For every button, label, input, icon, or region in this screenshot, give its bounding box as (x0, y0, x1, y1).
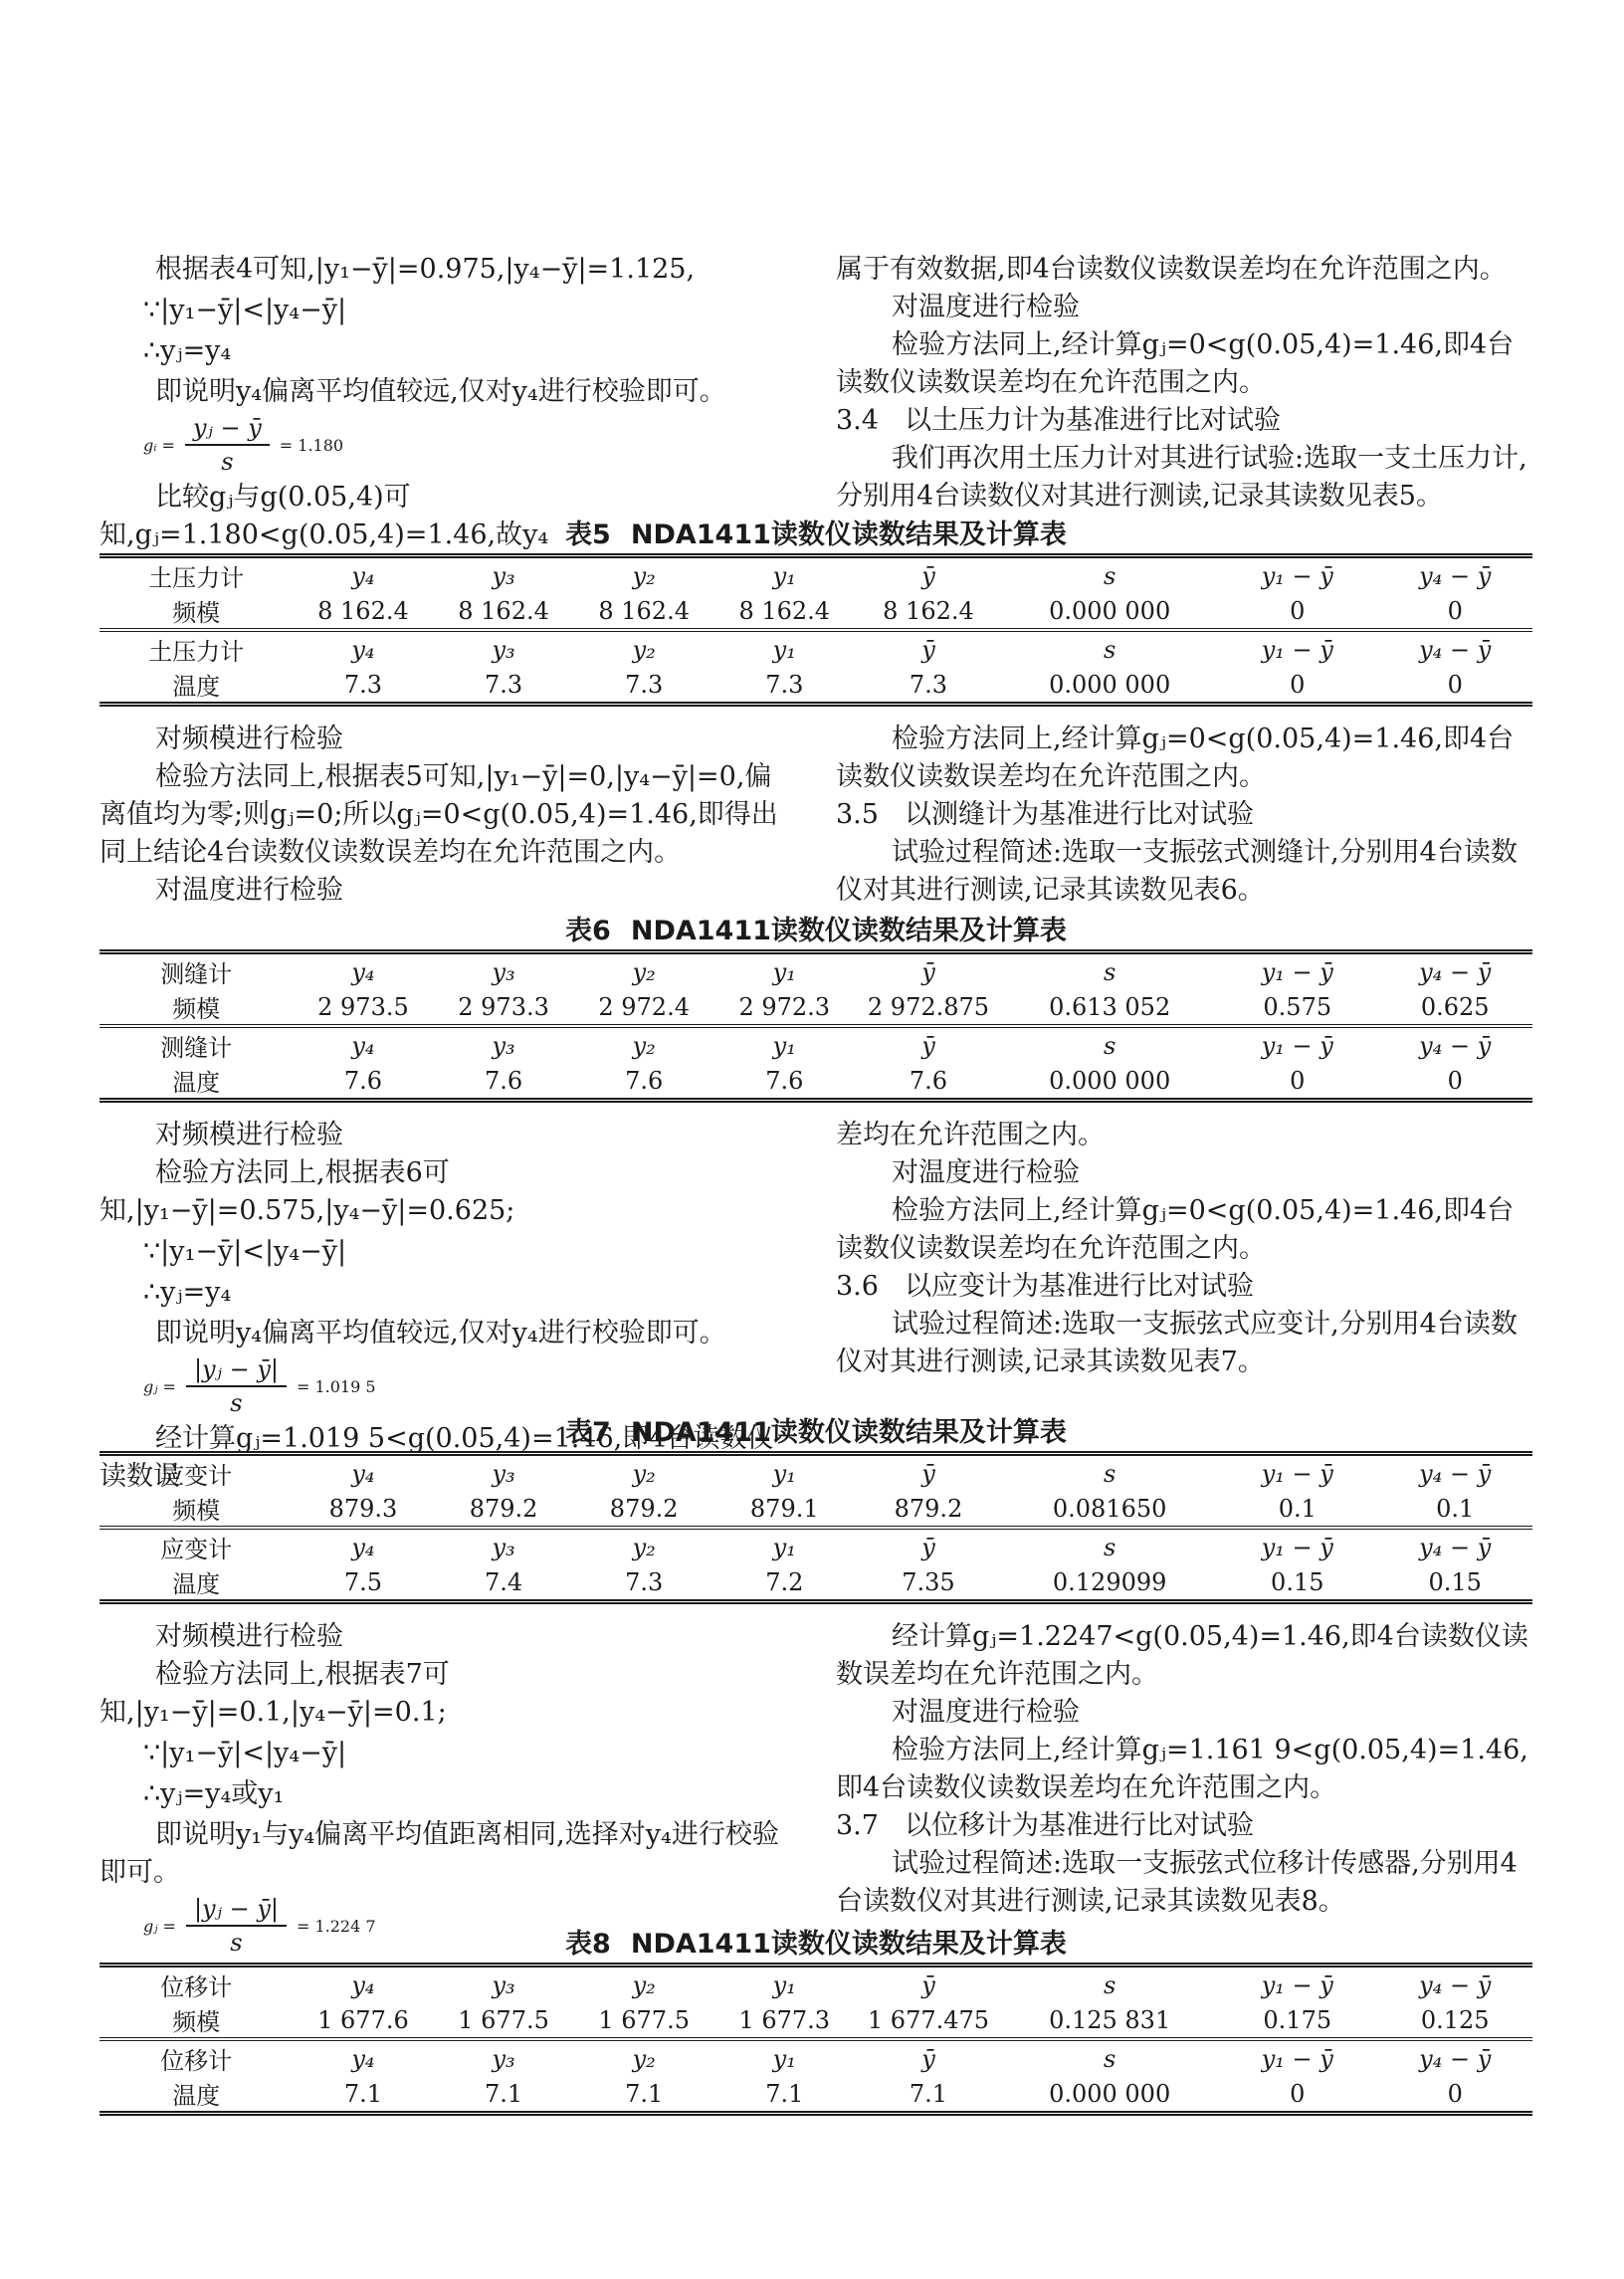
cell: 测缝计 (100, 952, 293, 990)
cell: 1 677.475 (855, 2002, 1002, 2039)
cell: y₁ (714, 630, 855, 667)
cell: y₁ − ȳ (1217, 556, 1377, 594)
cell: 土压力计 (100, 556, 293, 594)
cell: 7.3 (434, 667, 574, 705)
text-block-1: 根据表4可知,|y₁−ȳ|=0.975,|y₄−ȳ|=1.125, ∵|y₁−ȳ… (100, 251, 1532, 518)
left-column-2: 对频模进行检验 检验方法同上,根据表5可知,|y₁−ȳ|=0,|y₄−ȳ|=0,… (100, 721, 791, 914)
cell: 7.1 (434, 2076, 574, 2114)
right-column-2: 检验方法同上,经计算gⱼ=0<g(0.05,4)=1.46,即4台读数仪读数误差… (836, 721, 1532, 914)
fraction-denominator: s (230, 1387, 242, 1416)
cell: y₂ (574, 952, 714, 990)
cell: y₃ (434, 1026, 574, 1063)
cell: y₂ (574, 1026, 714, 1063)
temp-row: 温度7.57.47.37.27.350.1290990.150.15 (100, 1564, 1532, 1602)
fraction-denominator: s (221, 446, 233, 475)
cell: 0.1 (1377, 1491, 1532, 1528)
table6-caption: 表6NDA1411读数仪读数结果及计算表 (100, 914, 1532, 949)
cell: y₁ − ȳ (1217, 2039, 1377, 2076)
cell: s (1002, 556, 1217, 594)
cell: y₄ (293, 2039, 433, 2076)
heading-number: 3.7 (836, 1807, 879, 1845)
left-column-4: 对频模进行检验 检验方法同上,根据表7可知,|y₁−ȳ|=0.1,|y₄−ȳ|=… (100, 1618, 791, 1927)
cell: 位移计 (100, 2039, 293, 2076)
cell: 土压力计 (100, 630, 293, 667)
cell: 0 (1217, 667, 1377, 705)
body-paragraph: 检验方法同上,经计算gⱼ=0<g(0.05,4)=1.46,即4台读数仪读数误差… (836, 721, 1532, 796)
fraction: yⱼ − ȳs (185, 415, 270, 476)
body-paragraph: 对频模进行检验 (100, 721, 791, 758)
cell: y₂ (574, 556, 714, 594)
cell: s (1002, 952, 1217, 990)
body-paragraph: 试验过程简述:选取一支振弦式测缝计,分别用4台读数仪对其进行测读,记录其读数见表… (836, 834, 1532, 910)
cell: 0.000 000 (1002, 667, 1217, 705)
cell: y₄ (293, 952, 433, 990)
cell: y₁ − ȳ (1217, 630, 1377, 667)
cell: 1 677.5 (574, 2002, 714, 2039)
cell: y₂ (574, 630, 714, 667)
cell: y₄ − ȳ (1377, 952, 1532, 990)
caption-title: NDA1411读数仪读数结果及计算表 (631, 916, 1067, 946)
right-column-4: 经计算gⱼ=1.2247<g(0.05,4)=1.46,即4台读数仪读数误差均在… (836, 1618, 1532, 1927)
cell: ȳ (855, 2039, 1002, 2076)
cell: y₁ − ȳ (1217, 952, 1377, 990)
fraction-numerator: |yⱼ − ȳ| (186, 1896, 287, 1927)
cell: 7.1 (293, 2076, 433, 2114)
table8: 位移计y₄y₃y₂y₁ȳsy₁ − ȳy₄ − ȳ 频模1 677.61 677… (100, 1963, 1532, 2116)
cell: 0 (1217, 593, 1377, 630)
cell: 0.613 052 (1002, 989, 1217, 1026)
cell: 8 162.4 (293, 593, 433, 630)
body-paragraph: 对频模进行检验 (100, 1618, 791, 1656)
header-row: 测缝计y₄y₃y₂y₁ȳsy₁ − ȳy₄ − ȳ (100, 1026, 1532, 1063)
cell: 位移计 (100, 1966, 293, 2003)
cell: ȳ (855, 1528, 1002, 1564)
section-heading-3-6: 3.6以应变计为基准进行比对试验 (836, 1268, 1532, 1306)
cell: 2 973.5 (293, 989, 433, 1026)
cell: ȳ (855, 952, 1002, 990)
g-formula: gⱼ = |yⱼ − ȳ|s = 1.019 5 (143, 1358, 791, 1414)
cell: 0.129099 (1002, 1564, 1217, 1602)
paper-page: 根据表4可知,|y₁−ȳ|=0.975,|y₄−ȳ|=1.125, ∵|y₁−ȳ… (0, 0, 1624, 2279)
fraction-numerator: |yⱼ − ȳ| (186, 1356, 287, 1387)
cell: 8 162.4 (714, 593, 855, 630)
caption-label: 表6 (565, 916, 611, 946)
cell: y₁ − ȳ (1217, 1966, 1377, 2003)
table5: 土压力计y₄y₃y₂y₁ȳsy₁ − ȳy₄ − ȳ 频模8 162.48 16… (100, 553, 1532, 707)
formula-lhs: gᵢ = (143, 436, 175, 455)
caption-title: NDA1411读数仪读数结果及计算表 (631, 1929, 1067, 1960)
header-row: 位移计y₄y₃y₂y₁ȳsy₁ − ȳy₄ − ȳ (100, 1966, 1532, 2003)
cell: 7.5 (293, 1564, 433, 1602)
because-line: ∵|y₁−ȳ|<|y₄−ȳ| (143, 1735, 791, 1772)
cell: 7.1 (855, 2076, 1002, 2114)
cell: 0.575 (1217, 989, 1377, 1026)
cell: s (1002, 630, 1217, 667)
formula-rhs: = 1.019 5 (297, 1377, 376, 1396)
cell: 0.125 (1377, 2002, 1532, 2039)
cell: 2 972.4 (574, 989, 714, 1026)
fraction: |yⱼ − ȳ|s (186, 1896, 287, 1957)
cell: 0 (1377, 1063, 1532, 1101)
header-row: 土压力计y₄y₃y₂y₁ȳsy₁ − ȳy₄ − ȳ (100, 556, 1532, 594)
body-paragraph: 对温度进行检验 (836, 1154, 1532, 1192)
cell: 879.2 (855, 1491, 1002, 1528)
formula-rhs: = 1.224 7 (297, 1917, 376, 1936)
right-column-1: 属于有效数据,即4台读数仪读数误差均在允许范围之内。 对温度进行检验 检验方法同… (836, 251, 1532, 518)
cell: 温度 (100, 667, 293, 705)
cell: y₃ (434, 1966, 574, 2003)
body-paragraph: 试验过程简述:选取一支振弦式应变计,分别用4台读数仪对其进行测读,记录其读数见表… (836, 1306, 1532, 1381)
body-paragraph: 我们再次用土压力计对其进行试验:选取一支土压力计,分别用4台读数仪对其进行测读,… (836, 440, 1532, 516)
body-paragraph: 检验方法同上,经计算gⱼ=0<g(0.05,4)=1.46,即4台读数仪读数误差… (836, 326, 1532, 402)
because-line: ∵|y₁−ȳ|<|y₄−ȳ| (143, 292, 791, 329)
freq-row: 频模879.3879.2879.2879.1879.20.0816500.10.… (100, 1491, 1532, 1528)
cell: y₁ − ȳ (1217, 1528, 1377, 1564)
cell: y₄ (293, 1026, 433, 1063)
cell: 8 162.4 (434, 593, 574, 630)
cell: y₃ (434, 2039, 574, 2076)
cell: y₁ − ȳ (1217, 1454, 1377, 1492)
caption-title: NDA1411读数仪读数结果及计算表 (631, 519, 1067, 550)
header-row: 位移计y₄y₃y₂y₁ȳsy₁ − ȳy₄ − ȳ (100, 2039, 1532, 2076)
body-paragraph: 即说明y₁与y₄偏离平均值距离相同,选择对y₄进行校验即可。 (100, 1816, 791, 1892)
text-block-2: 对频模进行检验 检验方法同上,根据表5可知,|y₁−ȳ|=0,|y₄−ȳ|=0,… (100, 721, 1532, 914)
g-formula: gᵢ = yⱼ − ȳs = 1.180 (143, 417, 791, 473)
body-paragraph: 即说明y₄偏离平均值较远,仅对y₄进行校验即可。 (100, 373, 791, 411)
caption-label: 表5 (565, 519, 611, 550)
fraction: |yⱼ − ȳ|s (186, 1356, 287, 1417)
cell: 8 162.4 (574, 593, 714, 630)
caption-label: 表8 (565, 1929, 611, 1960)
cell: y₃ (434, 630, 574, 667)
cell: 频模 (100, 593, 293, 630)
body-paragraph: 对频模进行检验 (100, 1117, 791, 1154)
cell: ȳ (855, 630, 1002, 667)
cell: ȳ (855, 1966, 1002, 2003)
right-column-3: 差均在允许范围之内。 对温度进行检验 检验方法同上,经计算gⱼ=0<g(0.05… (836, 1117, 1532, 1415)
cell: ȳ (855, 1454, 1002, 1492)
cell: 0.000 000 (1002, 2076, 1217, 2114)
cell: 0 (1217, 2076, 1377, 2114)
cell: y₂ (574, 1528, 714, 1564)
cell: 7.4 (434, 1564, 574, 1602)
therefore-line: ∴yⱼ=y₄ (143, 1274, 791, 1312)
cell: y₁ (714, 2039, 855, 2076)
header-row: 测缝计y₄y₃y₂y₁ȳsy₁ − ȳy₄ − ȳ (100, 952, 1532, 990)
cell: y₁ (714, 1026, 855, 1063)
because-line: ∵|y₁−ȳ|<|y₄−ȳ| (143, 1233, 791, 1271)
text-block-3: 对频模进行检验 检验方法同上,根据表6可知,|y₁−ȳ|=0.575,|y₄−ȳ… (100, 1117, 1532, 1415)
body-paragraph: 差均在允许范围之内。 (836, 1117, 1532, 1154)
cell: 0.125 831 (1002, 2002, 1217, 2039)
cell: 7.6 (855, 1063, 1002, 1101)
body-paragraph: 对温度进行检验 (100, 872, 791, 910)
cell: 879.1 (714, 1491, 855, 1528)
body-paragraph: 检验方法同上,根据表5可知,|y₁−ȳ|=0,|y₄−ȳ|=0,偏离值均为零;则… (100, 758, 791, 872)
cell: 测缝计 (100, 1026, 293, 1063)
heading-title: 以应变计为基准进行比对试验 (905, 1268, 1254, 1306)
cell: 0 (1377, 593, 1532, 630)
cell: 0 (1377, 667, 1532, 705)
temp-row: 温度7.17.17.17.17.10.000 00000 (100, 2076, 1532, 2114)
cell: y₄ (293, 630, 433, 667)
cell: y₂ (574, 1966, 714, 2003)
cell: 7.1 (574, 2076, 714, 2114)
cell: s (1002, 2039, 1217, 2076)
text-block-4: 对频模进行检验 检验方法同上,根据表7可知,|y₁−ȳ|=0.1,|y₄−ȳ|=… (100, 1618, 1532, 1927)
body-paragraph: 属于有效数据,即4台读数仪读数误差均在允许范围之内。 (836, 251, 1532, 289)
body-paragraph: 根据表4可知,|y₁−ȳ|=0.975,|y₄−ȳ|=1.125, (100, 251, 791, 289)
body-paragraph: 经计算gⱼ=1.2247<g(0.05,4)=1.46,即4台读数仪读数误差均在… (836, 1618, 1532, 1694)
cell: 0.15 (1377, 1564, 1532, 1602)
temp-row: 温度7.67.67.67.67.60.000 00000 (100, 1063, 1532, 1101)
cell: y₁ (714, 556, 855, 594)
therefore-line: ∴yⱼ=y₄ (143, 332, 791, 370)
body-paragraph: 对温度进行检验 (836, 1694, 1532, 1732)
formula-lhs: gⱼ = (143, 1377, 176, 1396)
cell: y₄ − ȳ (1377, 1528, 1532, 1564)
cell: 7.6 (574, 1063, 714, 1101)
cell: 7.3 (714, 667, 855, 705)
cell: ȳ (855, 1026, 1002, 1063)
cell: 2 972.3 (714, 989, 855, 1026)
cell: 7.6 (434, 1063, 574, 1101)
cell: y₁ (714, 952, 855, 990)
cell: 频模 (100, 2002, 293, 2039)
therefore-line: ∴yⱼ=y₄或y₁ (143, 1775, 791, 1813)
body-paragraph: 对温度进行检验 (836, 289, 1532, 326)
cell: 7.3 (293, 667, 433, 705)
cell: 7.3 (855, 667, 1002, 705)
cell: 0.15 (1217, 1564, 1377, 1602)
cell: 温度 (100, 1063, 293, 1101)
cell: 0 (1217, 1063, 1377, 1101)
cell: y₄ − ȳ (1377, 1454, 1532, 1492)
section-heading-3-5: 3.5以测缝计为基准进行比对试验 (836, 796, 1532, 834)
cell: 7.3 (574, 667, 714, 705)
cell: 1 677.6 (293, 2002, 433, 2039)
body-paragraph: 试验过程简述:选取一支振弦式位移计传感器,分别用4台读数仪对其进行测读,记录其读… (836, 1845, 1532, 1921)
heading-title: 以位移计为基准进行比对试验 (905, 1807, 1254, 1845)
cell: 温度 (100, 1564, 293, 1602)
cell: 7.3 (574, 1564, 714, 1602)
header-row: 应变计y₄y₃y₂y₁ȳsy₁ − ȳy₄ − ȳ (100, 1528, 1532, 1564)
freq-row: 频模1 677.61 677.51 677.51 677.31 677.4750… (100, 2002, 1532, 2039)
cell: y₄ − ȳ (1377, 630, 1532, 667)
temp-row: 温度7.37.37.37.37.30.000 00000 (100, 667, 1532, 705)
cell: 0.175 (1217, 2002, 1377, 2039)
cell: y₄ − ȳ (1377, 2039, 1532, 2076)
cell: 7.6 (293, 1063, 433, 1101)
cell: 频模 (100, 989, 293, 1026)
cell: y₃ (434, 952, 574, 990)
heading-title: 以测缝计为基准进行比对试验 (905, 796, 1254, 834)
cell: y₄ (293, 556, 433, 594)
cell: 应变计 (100, 1528, 293, 1564)
fraction-numerator: yⱼ − ȳ (185, 415, 270, 446)
body-paragraph: 检验方法同上,根据表6可知,|y₁−ȳ|=0.575,|y₄−ȳ|=0.625; (100, 1154, 791, 1230)
cell: 7.2 (714, 1564, 855, 1602)
table6: 测缝计y₄y₃y₂y₁ȳsy₁ − ȳy₄ − ȳ 频模2 973.52 973… (100, 949, 1532, 1103)
cell: s (1002, 1026, 1217, 1063)
cell: y₄ − ȳ (1377, 556, 1532, 594)
body-paragraph: 检验方法同上,经计算gⱼ=0<g(0.05,4)=1.46,即4台读数仪读数误差… (836, 1192, 1532, 1268)
cell: 2 973.3 (434, 989, 574, 1026)
heading-number: 3.5 (836, 796, 879, 834)
formula-rhs: = 1.180 (280, 436, 343, 455)
cell: 7.1 (714, 2076, 855, 2114)
cell: 879.3 (293, 1491, 433, 1528)
formula-lhs: gⱼ = (143, 1917, 176, 1936)
cell: 频模 (100, 1491, 293, 1528)
cell: y₃ (434, 1528, 574, 1564)
cell: s (1002, 1454, 1217, 1492)
cell: y₂ (574, 2039, 714, 2076)
section-heading-3-7: 3.7以位移计为基准进行比对试验 (836, 1807, 1532, 1845)
left-column-3: 对频模进行检验 检验方法同上,根据表6可知,|y₁−ȳ|=0.575,|y₄−ȳ… (100, 1117, 791, 1415)
cell: 温度 (100, 2076, 293, 2114)
body-paragraph: 检验方法同上,根据表7可知,|y₁−ȳ|=0.1,|y₄−ȳ|=0.1; (100, 1656, 791, 1732)
cell: 7.35 (855, 1564, 1002, 1602)
cell: 0.000 000 (1002, 1063, 1217, 1101)
body-paragraph: 检验方法同上,经计算gⱼ=1.161 9<g(0.05,4)=1.46,即4台读… (836, 1732, 1532, 1807)
cell: 8 162.4 (855, 593, 1002, 630)
cell: 0.000 000 (1002, 593, 1217, 630)
cell: s (1002, 1966, 1217, 2003)
caption-title: NDA1411读数仪读数结果及计算表 (631, 1417, 1067, 1448)
cell: ȳ (855, 556, 1002, 594)
cell: 0.081650 (1002, 1491, 1217, 1528)
cell: 0 (1377, 2076, 1532, 2114)
cell: y₄ (293, 1966, 433, 2003)
cell: 1 677.3 (714, 2002, 855, 2039)
cell: y₁ (714, 1528, 855, 1564)
cell: 879.2 (574, 1491, 714, 1528)
cell: 879.2 (434, 1491, 574, 1528)
body-paragraph: 即说明y₄偏离平均值较远,仅对y₄进行校验即可。 (100, 1315, 791, 1352)
cell: 0.625 (1377, 989, 1532, 1026)
freq-row: 频模2 973.52 973.32 972.42 972.32 972.8750… (100, 989, 1532, 1026)
cell: y₃ (434, 556, 574, 594)
cell: y₄ − ȳ (1377, 1026, 1532, 1063)
cell: 0.1 (1217, 1491, 1377, 1528)
cell: 7.6 (714, 1063, 855, 1101)
cell: y₄ (293, 1528, 433, 1564)
caption-label: 表7 (565, 1417, 611, 1448)
left-column-1: 根据表4可知,|y₁−ȳ|=0.975,|y₄−ȳ|=1.125, ∵|y₁−ȳ… (100, 251, 791, 518)
heading-number: 3.4 (836, 402, 879, 440)
fraction-denominator: s (230, 1927, 242, 1956)
cell: s (1002, 1528, 1217, 1564)
cell: y₁ (714, 1966, 855, 2003)
heading-number: 3.6 (836, 1268, 879, 1306)
cell: y₄ − ȳ (1377, 1966, 1532, 2003)
cell: 1 677.5 (434, 2002, 574, 2039)
section-heading-3-4: 3.4以土压力计为基准进行比对试验 (836, 402, 1532, 440)
cell: y₁ − ȳ (1217, 1026, 1377, 1063)
heading-title: 以土压力计为基准进行比对试验 (905, 402, 1281, 440)
header-row: 土压力计y₄y₃y₂y₁ȳsy₁ − ȳy₄ − ȳ (100, 630, 1532, 667)
freq-row: 频模8 162.48 162.48 162.48 162.48 162.40.0… (100, 593, 1532, 630)
cell: 2 972.875 (855, 989, 1002, 1026)
